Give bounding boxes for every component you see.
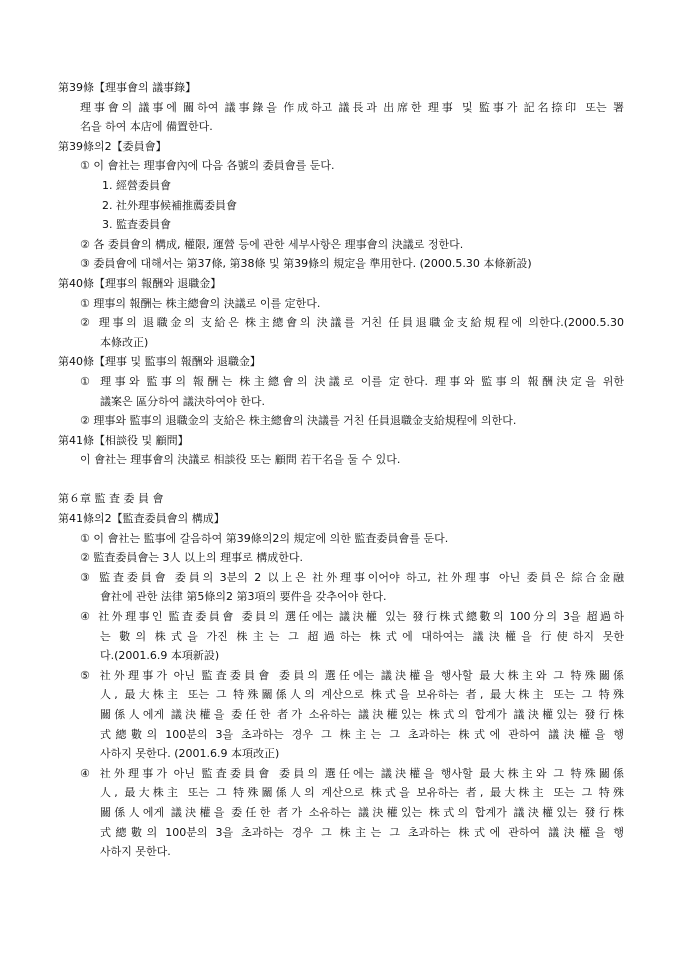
article-40-b: 第40條【理事 및 監事의 報酬와 退職金】 ① 理事와 監事의 報酬는 株主總… xyxy=(58,352,624,430)
article-text: 名을 하여 本店에 備置한다. xyxy=(58,117,624,137)
clause-item: ④ 社外理事가 아닌 監査委員會 委員의 選任에는 議決權을 행사할 最大株主와… xyxy=(58,764,624,784)
clause-item: ① 이 會社는 理事會內에 다음 各號의 委員會를 둔다. xyxy=(58,156,624,176)
clause-continuation: 關係人에게 議決權을 委任한 者가 소유하는 議決權있는 株式의 합계가 議決權… xyxy=(58,705,624,725)
article-heading: 第39條의2【委員會】 xyxy=(58,137,624,157)
clause-continuation: 式總數의 100분의 3을 초과하는 경우 그 株主는 그 초과하는 株式에 관… xyxy=(58,725,624,745)
clause-item: ① 理事의 報酬는 株主總會의 決議로 이를 定한다. xyxy=(58,294,624,314)
article-41: 第41條【相談役 및 顧問】 이 會社는 理事會의 決議로 相談役 또는 顧問 … xyxy=(58,431,624,470)
article-41-2: 第41條의2【監査委員會의 構成】 ① 이 會社는 監事에 갈음하여 第39條의… xyxy=(58,509,624,862)
clause-item: ③ 監査委員會 委員의 3분의 2 以上은 社外理事이어야 하고, 社外理事 아… xyxy=(58,568,624,588)
clause-item: ① 理事와 監事의 報酬는 株主總會의 決議로 이를 定한다. 理事와 監事의 … xyxy=(58,372,624,392)
article-text: 理事會의 議事에 關하여 議事錄을 作成하고 議長과 出席한 理事 및 監事가 … xyxy=(58,98,624,118)
clause-continuation: 사하지 못한다. xyxy=(58,842,624,862)
article-heading: 第41條의2【監査委員會의 構成】 xyxy=(58,509,624,529)
clause-item: ① 이 會社는 監事에 갈음하여 第39條의2의 規定에 의한 監査委員會를 둔… xyxy=(58,529,624,549)
numbered-item: 3. 監査委員會 xyxy=(58,215,624,235)
clause-item: ③ 委員會에 대해서는 第37條, 第38條 및 第39條의 規定을 準用한다.… xyxy=(58,254,624,274)
blank-line xyxy=(58,470,624,490)
clause-continuation: 會社에 관한 法律 第5條의2 第3項의 要件을 갖추어야 한다. xyxy=(58,587,624,607)
clause-continuation: 人, 最大株主 또는 그 特殊關係人의 계산으로 株式을 보유하는 者, 最大株… xyxy=(58,685,624,705)
article-39: 第39條【理事會의 議事錄】 理事會의 議事에 關하여 議事錄을 作成하고 議長… xyxy=(58,78,624,137)
clause-item: ④ 社外理事인 監査委員會 委員의 選任에는 議決權 있는 發行株式總數의 10… xyxy=(58,607,624,627)
clause-continuation: 關係人에게 議決權을 委任한 者가 소유하는 議決權있는 株式의 합계가 議決權… xyxy=(58,803,624,823)
clause-continuation: 議案은 區分하여 議決하여야 한다. xyxy=(58,392,624,412)
article-heading: 第41條【相談役 및 顧問】 xyxy=(58,431,624,451)
chapter-title: 第６章 監 査 委 員 會 xyxy=(58,489,624,509)
clause-item: ② 理事와 監事의 退職金의 支給은 株主總會의 決議를 거친 任員退職金支給規… xyxy=(58,411,624,431)
clause-continuation: 人, 最大株主 또는 그 特殊關係人의 계산으로 株式을 보유하는 者, 最大株… xyxy=(58,783,624,803)
clause-continuation: 本條改正) xyxy=(58,333,624,353)
clause-item: ⑤ 社外理事가 아닌 監査委員會 委員의 選任에는 議決權을 행사할 最大株主와… xyxy=(58,666,624,686)
document-page: 第39條【理事會의 議事錄】 理事會의 議事에 關하여 議事錄을 作成하고 議長… xyxy=(58,78,624,862)
article-heading: 第40條【理事 및 監事의 報酬와 退職金】 xyxy=(58,352,624,372)
article-40-a: 第40條【理事의 報酬와 退職金】 ① 理事의 報酬는 株主總會의 決議로 이를… xyxy=(58,274,624,352)
numbered-item: 1. 經營委員會 xyxy=(58,176,624,196)
clause-item: ② 監査委員會는 3人 以上의 理事로 構成한다. xyxy=(58,548,624,568)
clause-continuation: 다.(2001.6.9 本項新設) xyxy=(58,646,624,666)
clause-item: ② 各 委員會의 構成, 權限, 運營 등에 관한 세부사항은 理事會의 決議로… xyxy=(58,235,624,255)
article-heading: 第40條【理事의 報酬와 退職金】 xyxy=(58,274,624,294)
numbered-item: 2. 社外理事候補推薦委員會 xyxy=(58,196,624,216)
clause-continuation: 式總數의 100분의 3을 초과하는 경우 그 株主는 그 초과하는 株式에 관… xyxy=(58,823,624,843)
article-heading: 第39條【理事會의 議事錄】 xyxy=(58,78,624,98)
article-39-2: 第39條의2【委員會】 ① 이 會社는 理事會內에 다음 各號의 委員會를 둔다… xyxy=(58,137,624,274)
clause-continuation: 는 數의 株式을 가진 株主는 그 超過하는 株式에 대하여는 議決權을 行使하… xyxy=(58,627,624,647)
article-text: 이 會社는 理事會의 決議로 相談役 또는 顧問 若干名을 둘 수 있다. xyxy=(58,450,624,470)
clause-item: ② 理事의 退職金의 支給은 株主總會의 決議를 거친 任員退職金支給規程에 의… xyxy=(58,313,624,333)
clause-continuation: 사하지 못한다. (2001.6.9 本項改正) xyxy=(58,744,624,764)
